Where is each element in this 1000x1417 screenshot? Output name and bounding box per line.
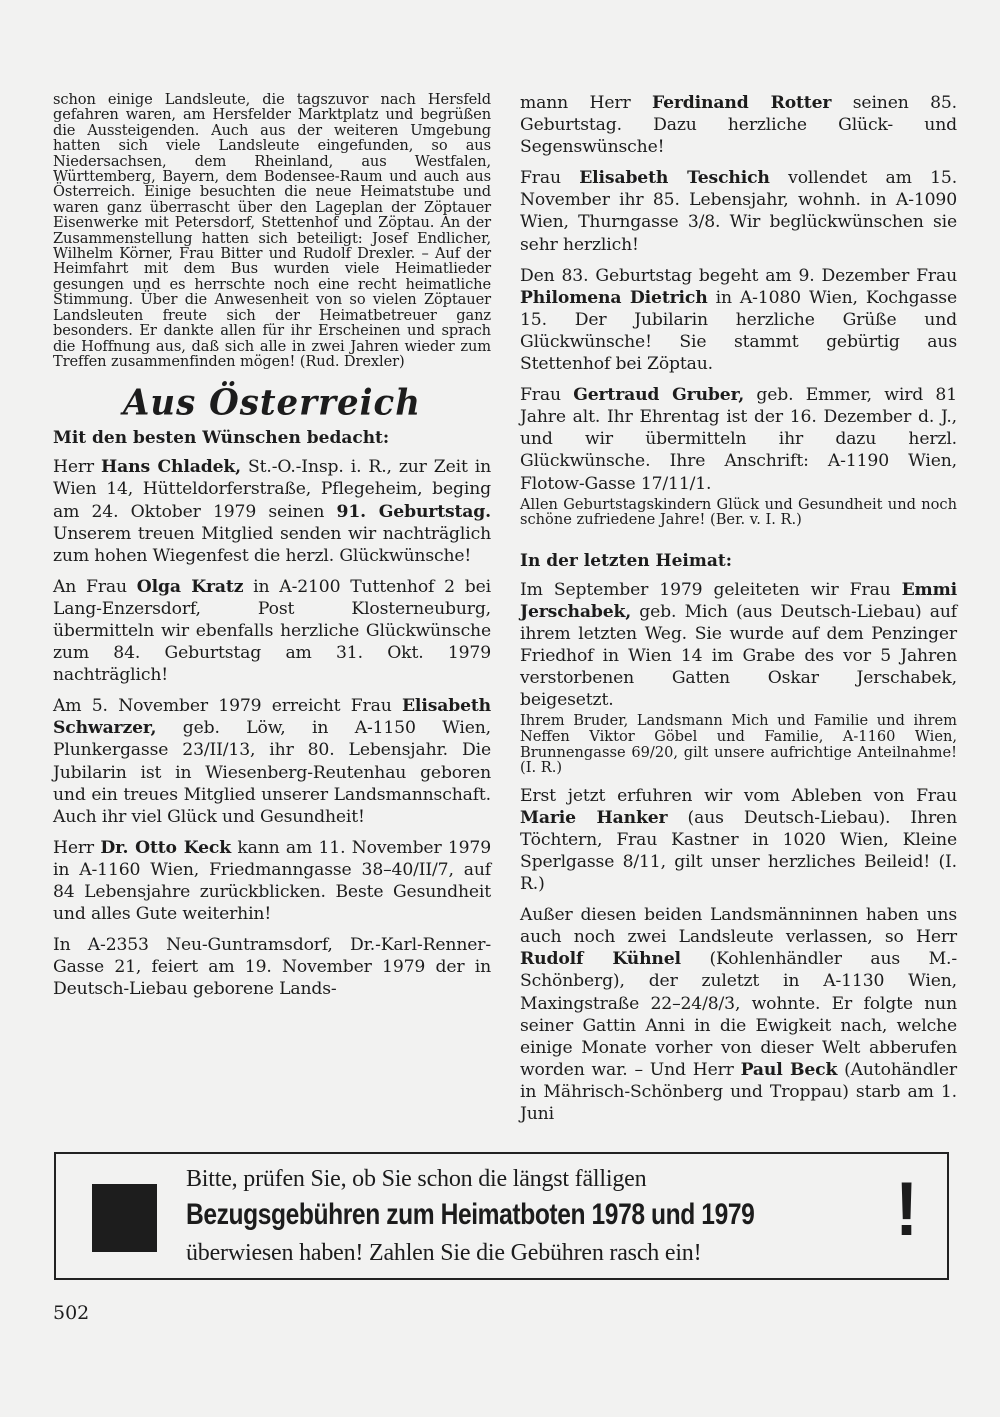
entry-rotter: mann Herr Ferdinand Rotter seinen 85. Ge… xyxy=(520,92,957,158)
entry-schwarzer: Am 5. November 1979 erreicht Frau Elisab… xyxy=(53,695,491,828)
obituaries-subheading: In der letzten Heimat: xyxy=(520,550,957,572)
entry-gruber: Frau Gertraud Gruber, geb. Emmer, wird 8… xyxy=(520,384,957,494)
person-name: Marie Hanker xyxy=(520,808,667,828)
person-name: Olga Kratz xyxy=(137,577,244,597)
person-name: Gertraud Gruber, xyxy=(573,385,744,405)
exclamation-icon: ! xyxy=(895,1172,918,1248)
person-name: Elisabeth Teschich xyxy=(579,168,770,188)
birthday-closing-note: Allen Geburtstagskindern Glück und Gesun… xyxy=(520,497,957,528)
entry-kratz: An Frau Olga Kratz in A-2100 Tuttenhof 2… xyxy=(53,576,491,686)
person-name: Paul Beck xyxy=(741,1060,838,1080)
obituary-jerschabek-note: Ihrem Bruder, Landsmann Mich und Familie… xyxy=(520,713,957,775)
entry-dietrich: Den 83. Geburtstag begeht am 9. Dezember… xyxy=(520,265,957,375)
person-name: Hans Chladek, xyxy=(101,457,241,477)
obituary-hanker: Erst jetzt erfuhren wir vom Ableben von … xyxy=(520,785,957,895)
birthdays-subheading: Mit den besten Wünschen bedacht: xyxy=(53,427,491,449)
reminder-headline: Bezugsgebühren zum Heimatboten 1978 und … xyxy=(186,1198,754,1232)
entry-chladek: Herr Hans Chladek, St.-O.-Insp. i. R., z… xyxy=(53,456,491,566)
person-name: Philomena Dietrich xyxy=(520,288,708,308)
right-column: mann Herr Ferdinand Rotter seinen 85. Ge… xyxy=(520,92,957,1134)
document-page: schon einige Landsleute, die tagszuvor n… xyxy=(0,0,1000,1417)
entry-teschich: Frau Elisabeth Teschich vollendet am 15.… xyxy=(520,167,957,255)
entry-keck: Herr Dr. Otto Keck kann am 11. November … xyxy=(53,837,491,925)
reminder-line-1: Bitte, prüfen Sie, ob Sie schon die läng… xyxy=(186,1166,646,1193)
section-title: Aus Österreich xyxy=(53,382,491,424)
payment-reminder-box: Bitte, prüfen Sie, ob Sie schon die läng… xyxy=(54,1152,949,1280)
obituary-jerschabek: Im September 1979 geleiteten wir Frau Em… xyxy=(520,579,957,712)
obituary-kuehnel-beck: Außer diesen beiden Landsmänninnen haben… xyxy=(520,904,957,1125)
page-number: 502 xyxy=(53,1302,89,1324)
person-name: Rudolf Kühnel xyxy=(520,949,681,969)
entry-neu-guntramsdorf: In A-2353 Neu-Guntramsdorf, Dr.-Karl-Ren… xyxy=(53,934,491,1000)
reminder-line-3: überwiesen haben! Zahlen Sie die Gebühre… xyxy=(186,1240,701,1267)
left-column: schon einige Landsleute, die tagszuvor n… xyxy=(53,92,491,1009)
person-name: Dr. Otto Keck xyxy=(100,838,231,858)
person-name: Ferdinand Rotter xyxy=(652,93,831,113)
intro-paragraph: schon einige Landsleute, die tagszuvor n… xyxy=(53,92,491,369)
black-square-icon xyxy=(92,1184,157,1252)
